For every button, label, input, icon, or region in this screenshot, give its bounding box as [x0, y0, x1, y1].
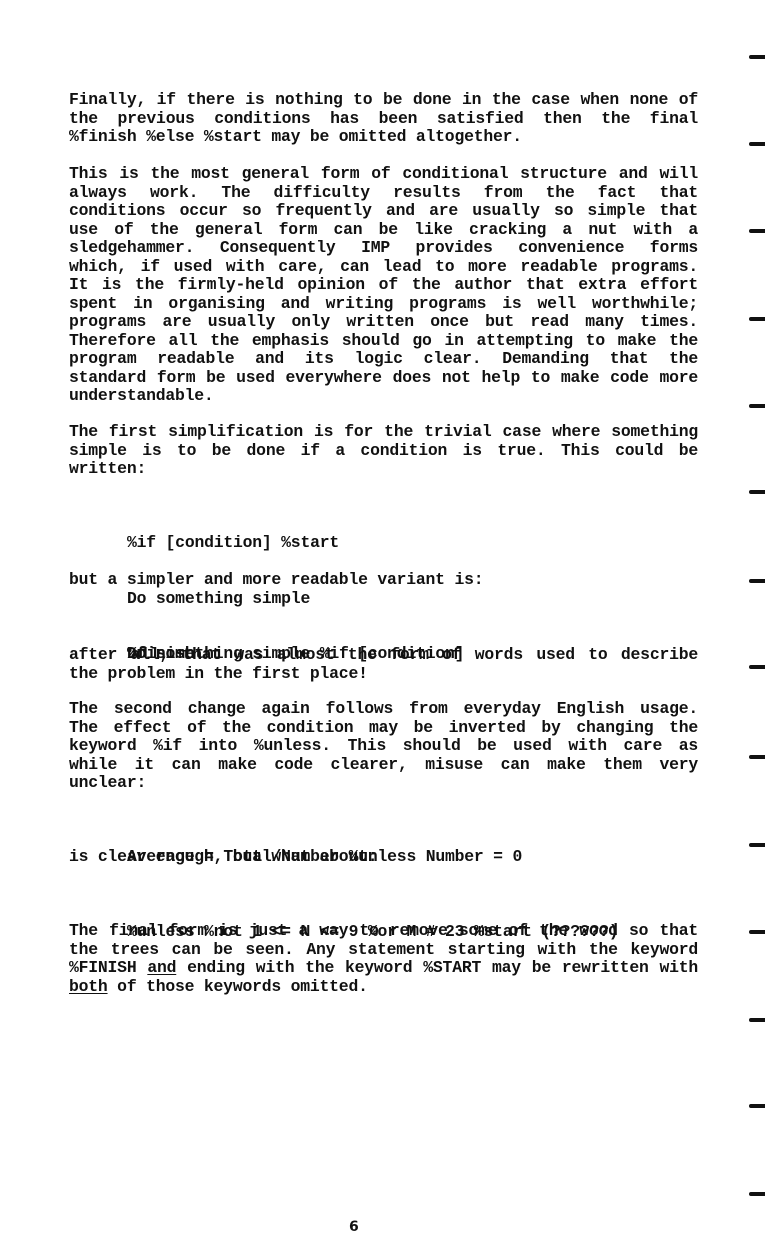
margin-mark [749, 490, 765, 494]
text-line: written: [69, 460, 698, 479]
margin-mark [749, 1192, 765, 1196]
margin-mark [749, 142, 765, 146]
text-line-underlined: %FINISH and ending with the keyword %STA… [69, 959, 698, 978]
paragraph-after-all: after all, that was almost the form of w… [69, 646, 698, 683]
text-line: It is the firmly-held opinion of the aut… [69, 276, 698, 295]
paragraph-clear-enough: is clear enough, but what about: [69, 848, 698, 867]
underlined-word: both [69, 977, 108, 996]
paragraph-second-change: The second change again follows from eve… [69, 700, 698, 793]
text-line: The final form is just a way to remove s… [69, 922, 698, 941]
margin-mark [749, 1104, 765, 1108]
text-line: sledgehammer. Consequently IMP provides … [69, 239, 698, 258]
text-line: is clear enough, but what about: [69, 848, 698, 867]
document-page: Finally, if there is nothing to be done … [0, 0, 765, 1244]
text-line: This is the most general form of conditi… [69, 165, 698, 184]
text-line: spent in organising and writing programs… [69, 295, 698, 314]
text-line: the problem in the first place! [69, 665, 698, 684]
code-line: %if [condition] %start [127, 534, 339, 553]
text-line: the trees can be seen. Any statement sta… [69, 941, 698, 960]
margin-mark [749, 1018, 765, 1022]
text-line: use of the general form can be like crac… [69, 221, 698, 240]
text-line: the previous conditions has been satisfi… [69, 110, 698, 129]
text-line: The effect of the condition may be inver… [69, 719, 698, 738]
margin-mark [749, 404, 765, 408]
text-line: after all, that was almost the form of w… [69, 646, 698, 665]
margin-mark [749, 930, 765, 934]
text-line: which, if used with care, can lead to mo… [69, 258, 698, 277]
text-line-underlined: both of those keywords omitted. [69, 978, 698, 997]
margin-mark [749, 55, 765, 59]
page-number: 6 [349, 1219, 359, 1235]
text-line: programs are usually only written once b… [69, 313, 698, 332]
text-line: keyword %if into %unless. This should be… [69, 737, 698, 756]
margin-mark [749, 843, 765, 847]
paragraph-general-form: This is the most general form of conditi… [69, 165, 698, 406]
text-line: Therefore all the emphasis should go in … [69, 332, 698, 351]
paragraph-simpler-variant: but a simpler and more readable variant … [69, 571, 698, 590]
text-line: program readable and its logic clear. De… [69, 350, 698, 369]
text-line: standard form be used everywhere does no… [69, 369, 698, 388]
text-line: The first simplification is for the triv… [69, 423, 698, 442]
text-line: %finish %else %start may be omitted alto… [69, 128, 698, 147]
margin-mark [749, 229, 765, 233]
text-line: The second change again follows from eve… [69, 700, 698, 719]
text-line: but a simpler and more readable variant … [69, 571, 698, 590]
text-line: while it can make code clearer, misuse c… [69, 756, 698, 775]
code-line: Do something simple [127, 590, 339, 609]
underlined-word: and [147, 958, 176, 977]
text-line: understandable. [69, 387, 698, 406]
text-line: conditions occur so frequently and are u… [69, 202, 698, 221]
margin-mark [749, 317, 765, 321]
margin-mark [749, 755, 765, 759]
text-line: always work. The difficulty results from… [69, 184, 698, 203]
paragraph-final-form: The final form is just a way to remove s… [69, 922, 698, 996]
margin-mark [749, 579, 765, 583]
text-line: simple is to be done if a condition is t… [69, 442, 698, 461]
paragraph-finally: Finally, if there is nothing to be done … [69, 91, 698, 147]
text-line: unclear: [69, 774, 698, 793]
margin-mark [749, 665, 765, 669]
text-line: Finally, if there is nothing to be done … [69, 91, 698, 110]
paragraph-first-simplification: The first simplification is for the triv… [69, 423, 698, 479]
